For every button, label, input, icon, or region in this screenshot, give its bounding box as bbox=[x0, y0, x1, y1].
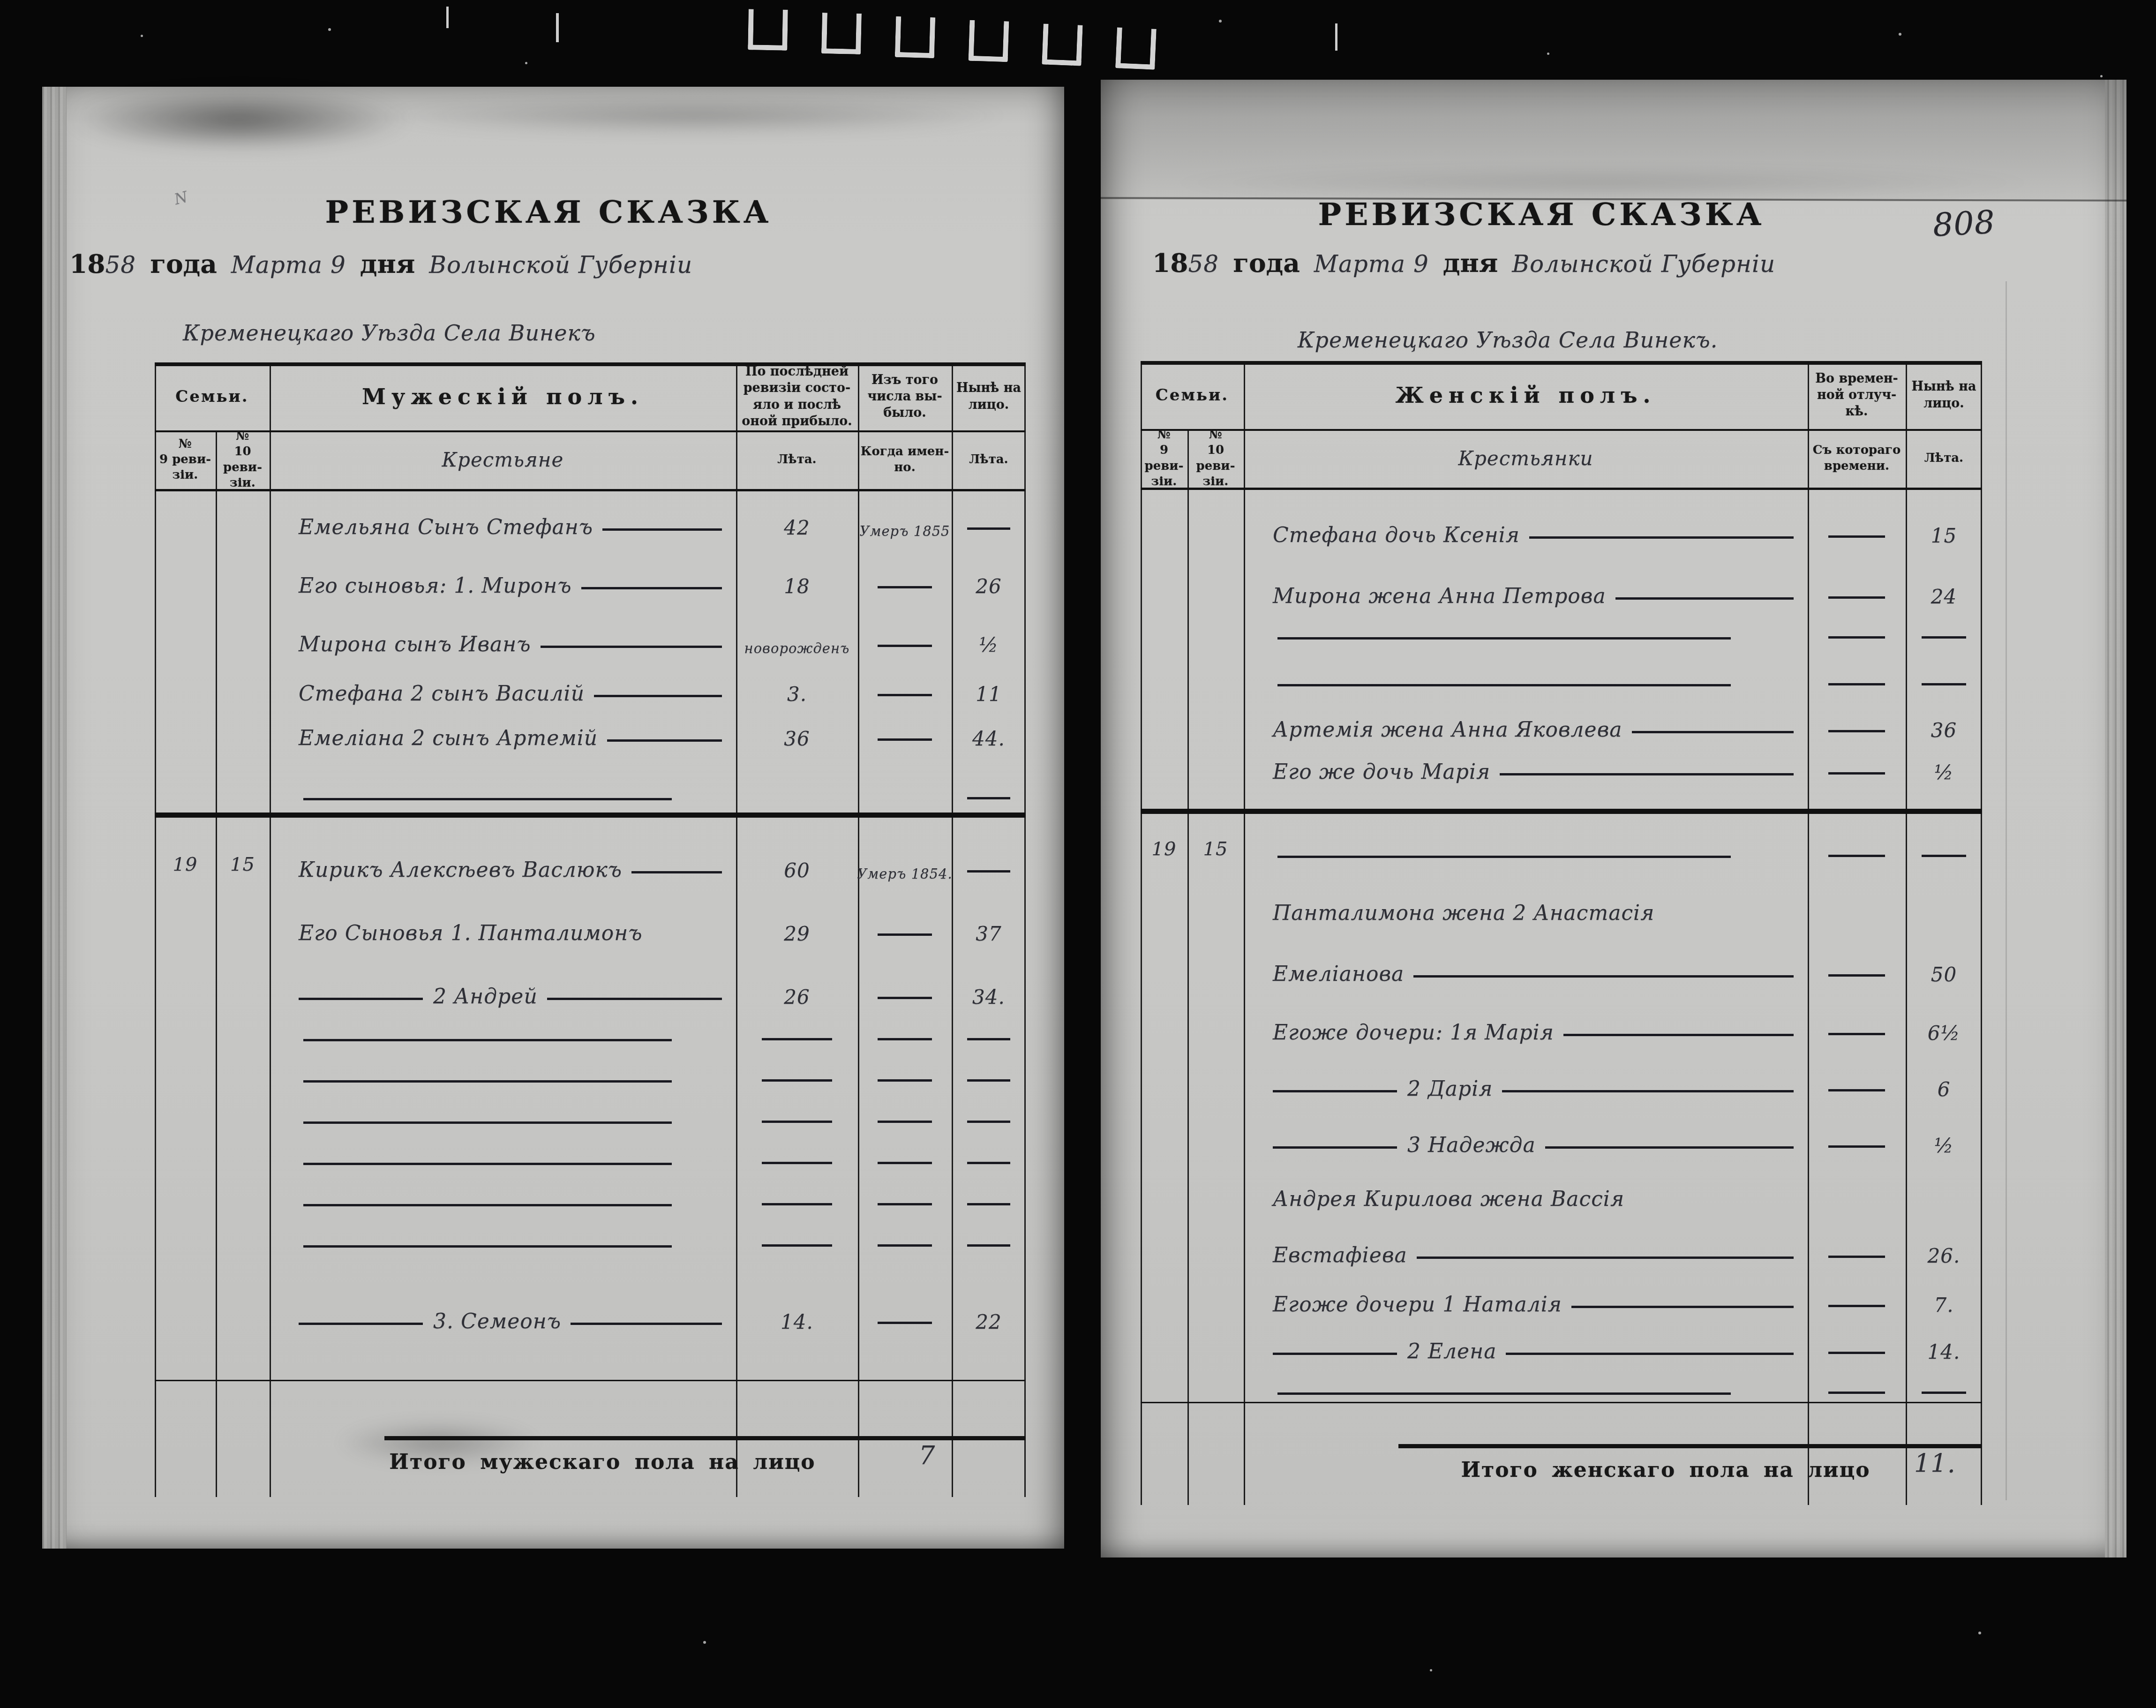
value-cell bbox=[1808, 1215, 1906, 1271]
person-cell: Его сыновья: 1. Миронъ bbox=[270, 543, 736, 602]
rev9-number bbox=[155, 949, 216, 1012]
handwritten-dash bbox=[631, 871, 722, 873]
handwritten-dash bbox=[1632, 731, 1794, 733]
rev10-number bbox=[1187, 699, 1244, 745]
rev9-number bbox=[155, 602, 216, 660]
rev9-number: 19 bbox=[155, 818, 216, 886]
table-row: Артемія жена Анна Яковлева36 bbox=[1141, 699, 1982, 745]
value-cell: 11 bbox=[952, 660, 1026, 709]
value: Умеръ 1855 bbox=[859, 523, 950, 539]
value-cell bbox=[858, 1177, 952, 1219]
rev10-number bbox=[216, 1260, 270, 1337]
binding-clip bbox=[748, 9, 788, 50]
binding-clip bbox=[895, 16, 935, 58]
table-row: Его сыновья: 1. Миронъ1826 bbox=[155, 543, 1026, 602]
person-cell: Кирикъ Алексѣевъ Васлюкъ bbox=[270, 818, 736, 886]
rev10-number bbox=[1187, 929, 1244, 990]
left-page: N РЕВИЗСКАЯ СКАЗКА 18 58 года Марта 9 дн… bbox=[42, 87, 1064, 1549]
value: новорожденъ bbox=[744, 640, 850, 656]
value-cell bbox=[1906, 652, 1982, 699]
value-cell bbox=[1808, 488, 1906, 551]
handwritten-dash bbox=[1828, 1033, 1885, 1035]
table-row: Его Сыновья 1. Панталимонъ2937 bbox=[155, 886, 1026, 949]
value-cell bbox=[1906, 870, 1982, 929]
male-revision-table: Семьи.Мужескій полъ.По послѣдней ревизіи… bbox=[155, 362, 1026, 1497]
film-speck bbox=[525, 62, 527, 64]
rev9-number bbox=[155, 754, 216, 813]
handwritten-dash bbox=[1828, 772, 1885, 775]
day-word: дня bbox=[1443, 248, 1498, 278]
rev10-number bbox=[216, 1177, 270, 1219]
handwritten-dash bbox=[967, 1079, 1010, 1082]
handwritten-dash bbox=[581, 587, 722, 589]
person-name: Егоже дочери: 1я Марія bbox=[1273, 1022, 1554, 1044]
handwritten-dash bbox=[1828, 1256, 1885, 1258]
value-cell bbox=[736, 1053, 858, 1095]
handwritten-dash bbox=[1506, 1353, 1794, 1355]
rev9-number bbox=[155, 1219, 216, 1260]
table-row: Емеліанова50 bbox=[1141, 929, 1982, 990]
handwritten-dash bbox=[967, 1244, 1010, 1247]
rev10-number: 15 bbox=[1187, 814, 1244, 870]
value-cell bbox=[858, 543, 952, 602]
table-row: 1915 bbox=[1141, 814, 1982, 870]
date-line: 18 58 года Марта 9 дня Волынской Губерні… bbox=[1152, 248, 1775, 278]
person-name: 3 Надежда bbox=[1407, 1135, 1536, 1156]
rev9-header: № 9 реви- зіи. bbox=[155, 430, 216, 489]
handwritten-dash bbox=[1273, 1146, 1397, 1149]
person-name: Его же дочь Марія bbox=[1273, 761, 1490, 783]
value: 18 bbox=[784, 575, 810, 598]
value-cell bbox=[952, 1219, 1026, 1260]
value-cell: Умеръ 1855 bbox=[858, 489, 952, 543]
person-cell: Стефана дочь Ксенія bbox=[1244, 488, 1808, 551]
value: 36 bbox=[1931, 719, 1957, 742]
rev9-number bbox=[1141, 1215, 1187, 1271]
value-cell: 36 bbox=[736, 709, 858, 754]
person-cell bbox=[1244, 652, 1808, 699]
person-cell bbox=[270, 1219, 736, 1260]
ink-smudge bbox=[70, 89, 408, 150]
binding-clip bbox=[1042, 23, 1082, 66]
page-title: РЕВИЗСКАЯ СКАЗКА bbox=[325, 194, 772, 230]
table-row bbox=[155, 754, 1026, 813]
corner-mark: N bbox=[173, 188, 190, 208]
handwritten-dash bbox=[1828, 730, 1885, 732]
person-cell bbox=[270, 1177, 736, 1219]
family-block-separator bbox=[155, 813, 1026, 818]
rev10-number bbox=[1187, 1215, 1244, 1271]
rev10-number bbox=[216, 1136, 270, 1177]
value-cell: 37 bbox=[952, 886, 1026, 949]
handwritten-dash bbox=[878, 694, 932, 696]
table-row: Емельяна Сынъ Стефанъ42Умеръ 1855 bbox=[155, 489, 1026, 543]
table-row: Егоже дочери: 1я Марія6½ bbox=[1141, 990, 1982, 1048]
rev10-number bbox=[216, 660, 270, 709]
handwritten-dash bbox=[303, 1080, 672, 1083]
film-speck bbox=[141, 35, 143, 37]
table-row bbox=[155, 1136, 1026, 1177]
value-cell bbox=[1808, 1271, 1906, 1320]
handwritten-dash bbox=[878, 1079, 932, 1082]
value-cell bbox=[1808, 1048, 1906, 1105]
person-name: Артемія жена Анна Яковлева bbox=[1273, 719, 1623, 741]
rev10-number: 15 bbox=[216, 818, 270, 886]
person-cell bbox=[1244, 1367, 1808, 1402]
value-cell bbox=[1808, 1105, 1906, 1161]
value-cell bbox=[952, 818, 1026, 886]
rev9-number bbox=[1141, 551, 1187, 612]
year-printed: 18 bbox=[69, 248, 105, 279]
handwritten-dash bbox=[1529, 536, 1794, 539]
table-row: Мирона сынъ Иванъноворожденъ½ bbox=[155, 602, 1026, 660]
value: 3. bbox=[787, 683, 807, 706]
person-name: Кирикъ Алексѣевъ Васлюкъ bbox=[299, 859, 622, 881]
handwritten-dash bbox=[602, 528, 722, 531]
rev9-number bbox=[1141, 1320, 1187, 1367]
handwritten-dash bbox=[1828, 855, 1885, 857]
value-cell bbox=[858, 660, 952, 709]
person-name: Мирона жена Анна Петрова bbox=[1273, 586, 1606, 607]
person-cell: Его Сыновья 1. Панталимонъ bbox=[270, 886, 736, 949]
value: 26 bbox=[784, 986, 810, 1008]
value-cell bbox=[952, 1053, 1026, 1095]
value-cell bbox=[858, 709, 952, 754]
families-header: Семьи. bbox=[155, 362, 270, 430]
handwritten-dash bbox=[1277, 1392, 1731, 1395]
rev10-number bbox=[216, 709, 270, 754]
handwritten-dash bbox=[878, 933, 932, 936]
person-cell: Андрея Кирилова жена Вассія bbox=[1244, 1161, 1808, 1215]
person-name: Стефана 2 сынъ Василій bbox=[299, 683, 585, 705]
handwritten-dash bbox=[1828, 683, 1885, 685]
person-cell: Емеліанова bbox=[1244, 929, 1808, 990]
person-cell bbox=[270, 1136, 736, 1177]
value-cell bbox=[858, 754, 952, 813]
rev10-number bbox=[1187, 1367, 1244, 1402]
value-cell bbox=[1808, 1161, 1906, 1215]
value-cell bbox=[1906, 1367, 1982, 1402]
handwritten-dash bbox=[1277, 637, 1731, 640]
person-name: Панталимона жена 2 Анастасія bbox=[1273, 903, 1654, 924]
value-cell bbox=[1808, 745, 1906, 788]
handwritten-dash bbox=[1500, 773, 1794, 775]
rev9-number bbox=[155, 1053, 216, 1095]
value-cell bbox=[952, 1095, 1026, 1136]
ink-smudge bbox=[1157, 169, 2048, 197]
value-cell: 7. bbox=[1906, 1271, 1982, 1320]
page-edge-stack bbox=[42, 87, 67, 1549]
person-cell bbox=[270, 1053, 736, 1095]
rev9-number bbox=[155, 1136, 216, 1177]
value-cell bbox=[736, 1136, 858, 1177]
table-row: Егоже дочери 1 Наталія7. bbox=[1141, 1271, 1982, 1320]
handwritten-dash bbox=[1273, 1353, 1397, 1355]
value-cell: 26 bbox=[952, 543, 1026, 602]
table-row: 2 Андрей2634. bbox=[155, 949, 1026, 1012]
stat-header: Нынѣ на лицо. bbox=[952, 362, 1026, 430]
film-speck bbox=[2100, 75, 2103, 77]
rev9-number bbox=[1141, 612, 1187, 652]
value: 7. bbox=[1934, 1294, 1953, 1317]
person-cell bbox=[270, 1095, 736, 1136]
value-cell: ½ bbox=[1906, 1105, 1982, 1161]
rev10-number bbox=[1187, 745, 1244, 788]
value: 37 bbox=[976, 922, 1001, 945]
rev9-number bbox=[1141, 652, 1187, 699]
value-cell bbox=[1906, 1161, 1982, 1215]
table-row: Стефана дочь Ксенія15 bbox=[1141, 488, 1982, 551]
rev10-number bbox=[1187, 488, 1244, 551]
table-rule bbox=[1141, 1402, 1982, 1403]
value-cell bbox=[1808, 1367, 1906, 1402]
location-line: Кременецкаго Уѣзда Села Винекъ. bbox=[1298, 327, 1718, 353]
person-cell: Евстафіева bbox=[1244, 1215, 1808, 1271]
value-cell: 26. bbox=[1906, 1215, 1982, 1271]
value-cell: Умеръ 1854. bbox=[858, 818, 952, 886]
handwritten-dash bbox=[303, 798, 672, 800]
table-row: 3 Надежда½ bbox=[1141, 1105, 1982, 1161]
rev9-number bbox=[155, 1177, 216, 1219]
value-cell bbox=[1808, 551, 1906, 612]
rev10-number bbox=[216, 1095, 270, 1136]
handwritten-dash bbox=[303, 1245, 672, 1248]
value-cell: ½ bbox=[952, 602, 1026, 660]
person-cell: Егоже дочери 1 Наталія bbox=[1244, 1271, 1808, 1320]
rev9-number bbox=[155, 886, 216, 949]
value-cell bbox=[858, 886, 952, 949]
handwritten-dash bbox=[299, 998, 423, 1000]
handwritten-dash bbox=[1828, 974, 1885, 977]
value-cell bbox=[1808, 612, 1906, 652]
value: 50 bbox=[1931, 963, 1957, 986]
handwritten-dash bbox=[1922, 855, 1966, 857]
value-cell bbox=[1808, 699, 1906, 745]
value: 14. bbox=[1928, 1340, 1961, 1363]
value-cell bbox=[736, 1219, 858, 1260]
person-name: Емельяна Сынъ Стефанъ bbox=[299, 517, 593, 538]
rev9-number bbox=[155, 709, 216, 754]
handwritten-dash bbox=[1828, 636, 1885, 639]
value-cell bbox=[1808, 1320, 1906, 1367]
table-row: 3. Семеонъ14.22 bbox=[155, 1260, 1026, 1337]
value-cell: 34. bbox=[952, 949, 1026, 1012]
value-cell bbox=[1808, 814, 1906, 870]
rev10-number bbox=[1187, 1271, 1244, 1320]
table-row: Панталимона жена 2 Анастасія bbox=[1141, 870, 1982, 929]
handwritten-dash bbox=[1828, 1352, 1885, 1354]
value-cell: ½ bbox=[1906, 745, 1982, 788]
date-line: 18 58 года Марта 9 дня Волынской Губерні… bbox=[69, 248, 692, 279]
table-row: 2 Елена14. bbox=[1141, 1320, 1982, 1367]
rev10-number bbox=[216, 543, 270, 602]
person-cell: Панталимона жена 2 Анастасія bbox=[1244, 870, 1808, 929]
value: 22 bbox=[976, 1310, 1001, 1333]
binding-tick bbox=[556, 13, 559, 42]
value: ½ bbox=[979, 633, 999, 656]
table-row bbox=[1141, 652, 1982, 699]
value-cell: 14. bbox=[736, 1260, 858, 1337]
value-cell bbox=[1808, 652, 1906, 699]
value-cell: 14. bbox=[1906, 1320, 1982, 1367]
table-row: Мирона жена Анна Петрова24 bbox=[1141, 551, 1982, 612]
value: 15 bbox=[1931, 524, 1957, 547]
value-cell bbox=[858, 1053, 952, 1095]
value: 6 bbox=[1938, 1078, 1951, 1101]
value-cell: 26 bbox=[736, 949, 858, 1012]
rev9-number bbox=[155, 1260, 216, 1337]
rev9-number bbox=[1141, 990, 1187, 1048]
archival-photo: N РЕВИЗСКАЯ СКАЗКА 18 58 года Марта 9 дн… bbox=[0, 0, 2156, 1708]
total-label: Итого мужескаго пола на лицо bbox=[309, 1450, 895, 1474]
handwritten-dash bbox=[967, 797, 1010, 799]
film-speck bbox=[328, 28, 331, 31]
year-word: года bbox=[1233, 248, 1300, 278]
rev10-number bbox=[1187, 652, 1244, 699]
value-cell bbox=[952, 489, 1026, 543]
person-cell: Артемія жена Анна Яковлева bbox=[1244, 699, 1808, 745]
handwritten-dash bbox=[878, 586, 932, 588]
value: 11 bbox=[976, 683, 1001, 706]
person-cell: 2 Елена bbox=[1244, 1320, 1808, 1367]
handwritten-dash bbox=[1571, 1306, 1794, 1308]
handwritten-dash bbox=[762, 1244, 833, 1247]
female-revision-table: Семьи.Женскій полъ.Во времен- ной отлуч-… bbox=[1141, 361, 1982, 1505]
person-name: 2 Андрей bbox=[433, 986, 538, 1008]
person-name: Мирона сынъ Иванъ bbox=[299, 634, 531, 655]
person-cell bbox=[270, 754, 736, 813]
handwritten-dash bbox=[1545, 1146, 1794, 1149]
ink-smudge bbox=[380, 98, 1008, 134]
year-handwritten: 58 bbox=[1188, 250, 1219, 278]
handwritten-dash bbox=[878, 645, 932, 647]
page-title: РЕВИЗСКАЯ СКАЗКА bbox=[1318, 196, 1765, 233]
value-cell bbox=[736, 1012, 858, 1053]
handwritten-dash bbox=[878, 1203, 932, 1205]
rev10-number bbox=[1187, 990, 1244, 1048]
region-handwritten: Волынской Губерніи bbox=[1512, 250, 1775, 278]
handwritten-dash bbox=[967, 1038, 1010, 1040]
table-row: Его же дочь Марія½ bbox=[1141, 745, 1982, 788]
person-cell: 2 Андрей bbox=[270, 949, 736, 1012]
handwritten-dash bbox=[762, 1203, 833, 1205]
sex-column-header: Мужескій полъ. bbox=[270, 362, 736, 430]
handwritten-dash bbox=[541, 646, 722, 648]
page-number: 808 bbox=[1932, 204, 1996, 244]
handwritten-dash bbox=[878, 1121, 932, 1123]
rev9-number bbox=[155, 660, 216, 709]
stat-subheader: Когда имен- но. bbox=[858, 430, 952, 489]
location-line: Кременецкаго Уѣзда Села Винекъ bbox=[183, 320, 596, 346]
handwritten-dash bbox=[1828, 596, 1885, 599]
value-cell: 22 bbox=[952, 1260, 1026, 1337]
rev9-number bbox=[1141, 745, 1187, 788]
value: 44. bbox=[972, 727, 1005, 750]
family-block-separator bbox=[1141, 809, 1982, 814]
value-cell bbox=[1906, 814, 1982, 870]
value-cell: 3. bbox=[736, 660, 858, 709]
rev10-number bbox=[1187, 1105, 1244, 1161]
handwritten-dash bbox=[1502, 1090, 1794, 1092]
handwritten-dash bbox=[547, 998, 722, 1000]
year: 18 58 bbox=[69, 248, 136, 279]
person-name: Емеліанова bbox=[1273, 963, 1404, 985]
total-label: Итого женскаго пола на лицо bbox=[1431, 1458, 1900, 1482]
value-cell bbox=[1808, 990, 1906, 1048]
value: 29 bbox=[784, 922, 810, 945]
rev10-number bbox=[1187, 870, 1244, 929]
value: 34. bbox=[972, 986, 1005, 1008]
handwritten-dash bbox=[303, 1121, 672, 1124]
value: 26. bbox=[1928, 1244, 1961, 1267]
rev9-number bbox=[1141, 699, 1187, 745]
rev9-number bbox=[1141, 488, 1187, 551]
value: 42 bbox=[784, 516, 810, 539]
handwritten-dash bbox=[1413, 975, 1794, 978]
rev9-number bbox=[155, 489, 216, 543]
rev10-number bbox=[216, 1012, 270, 1053]
value-cell bbox=[952, 1136, 1026, 1177]
table-row bbox=[155, 1095, 1026, 1136]
film-speck bbox=[703, 1641, 706, 1644]
value-cell bbox=[736, 754, 858, 813]
rev10-header: № 10 реви- зіи. bbox=[216, 430, 270, 489]
table-row bbox=[155, 1012, 1026, 1053]
film-speck bbox=[1547, 53, 1549, 55]
person-cell bbox=[1244, 814, 1808, 870]
value-cell: 15 bbox=[1906, 488, 1982, 551]
handwritten-dash bbox=[303, 1204, 672, 1206]
handwritten-dash bbox=[303, 1163, 672, 1165]
person-cell: Мирона жена Анна Петрова bbox=[1244, 551, 1808, 612]
person-name: Его Сыновья 1. Панталимонъ bbox=[299, 923, 643, 944]
value: 26 bbox=[976, 575, 1001, 598]
value-cell bbox=[858, 949, 952, 1012]
value-cell: 44. bbox=[952, 709, 1026, 754]
right-page: 808 РЕВИЗСКАЯ СКАЗКА 18 58 года Марта 9 … bbox=[1101, 80, 2126, 1558]
handwritten-dash bbox=[762, 1038, 833, 1040]
value-cell bbox=[858, 1219, 952, 1260]
handwritten-dash bbox=[1922, 1392, 1966, 1394]
person-name: 2 Дарія bbox=[1407, 1078, 1493, 1100]
value-cell: 6½ bbox=[1906, 990, 1982, 1048]
binding-tick bbox=[446, 7, 449, 28]
rev10-number bbox=[216, 1053, 270, 1095]
value: 36 bbox=[784, 727, 810, 750]
value-cell bbox=[952, 754, 1026, 813]
person-cell: 2 Дарія bbox=[1244, 1048, 1808, 1105]
value: 6½ bbox=[1928, 1022, 1960, 1045]
value-cell: 29 bbox=[736, 886, 858, 949]
rev10-number bbox=[1187, 551, 1244, 612]
rev9-number bbox=[1141, 1048, 1187, 1105]
rev9-number bbox=[1141, 929, 1187, 990]
stat-header: Нынѣ на лицо. bbox=[1906, 361, 1982, 429]
handwritten-dash bbox=[1417, 1257, 1794, 1259]
handwritten-dash bbox=[1828, 535, 1885, 538]
total-value: 7 bbox=[919, 1441, 935, 1470]
table-rule bbox=[155, 1380, 1026, 1381]
handwritten-dash bbox=[571, 1323, 722, 1325]
person-name: Стефана дочь Ксенія bbox=[1273, 525, 1520, 546]
total-value: 11. bbox=[1914, 1449, 1956, 1478]
families-header: Семьи. bbox=[1141, 361, 1244, 429]
paper-crease bbox=[2006, 281, 2007, 1500]
handwritten-dash bbox=[1828, 1305, 1885, 1307]
value-cell bbox=[1808, 870, 1906, 929]
value-cell bbox=[858, 1095, 952, 1136]
peasants-hand-label: Крестьянки bbox=[1244, 429, 1808, 488]
